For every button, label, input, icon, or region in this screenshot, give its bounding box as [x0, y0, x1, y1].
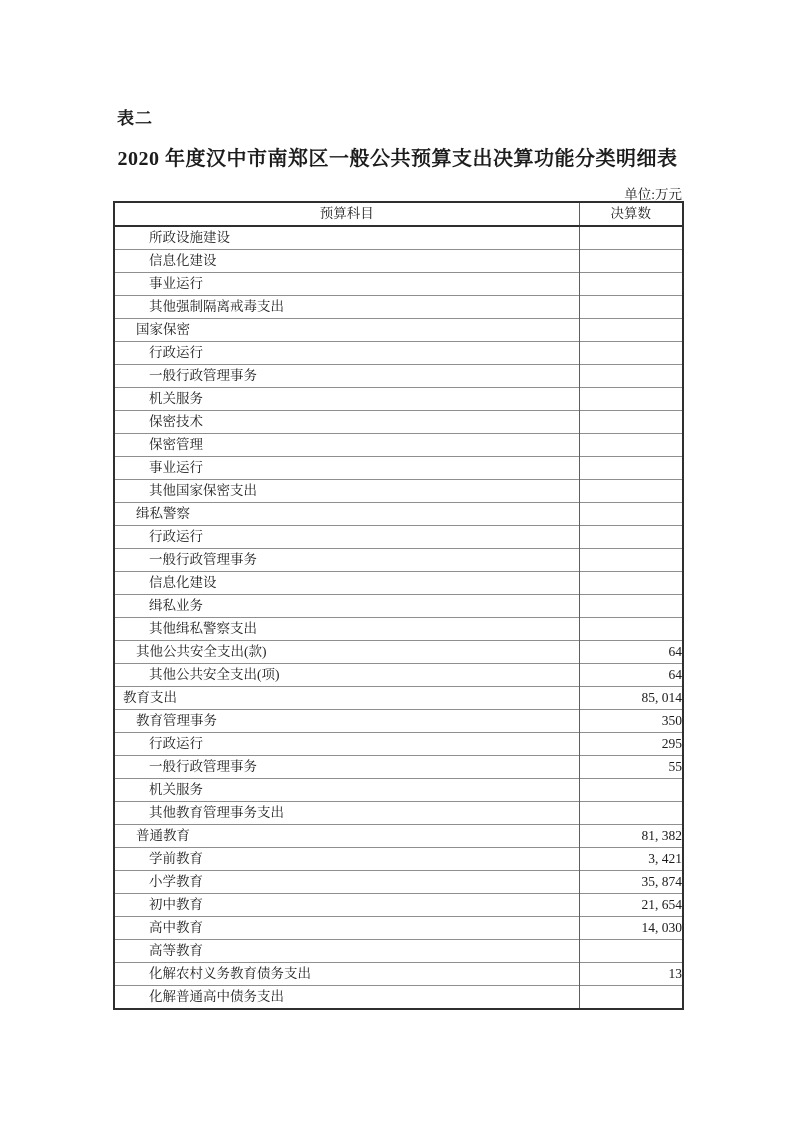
- unit-note: 单位:万元: [113, 183, 682, 203]
- final-amount-cell: [579, 595, 683, 618]
- budget-subject-cell: 其他公共安全支出(款): [114, 641, 579, 664]
- final-amount-cell: [579, 365, 683, 388]
- budget-subject-cell: 机关服务: [114, 779, 579, 802]
- final-amount-cell: 85, 014: [579, 687, 683, 710]
- document-page: 表二 2020 年度汉中市南郑区一般公共预算支出决算功能分类明细表 单位:万元 …: [0, 0, 793, 1122]
- final-amount-cell: [579, 434, 683, 457]
- budget-subject-cell: 缉私警察: [114, 503, 579, 526]
- final-amount-cell: [579, 549, 683, 572]
- budget-subject-cell: 行政运行: [114, 342, 579, 365]
- budget-subject-cell: 信息化建设: [114, 572, 579, 595]
- budget-subject-cell: 小学教育: [114, 871, 579, 894]
- table-row: 其他公共安全支出(款) 64: [114, 641, 683, 664]
- budget-table-container: 预算科目 决算数 所政设施建设 信息化建设 事业运行 其他强制: [113, 201, 684, 1010]
- final-amount-cell: [579, 226, 683, 250]
- table-row: 化解农村义务教育债务支出 13: [114, 963, 683, 986]
- table-row: 行政运行 295: [114, 733, 683, 756]
- final-amount-cell: [579, 779, 683, 802]
- header-row: 预算科目 决算数: [114, 202, 683, 226]
- table-row: 其他教育管理事务支出: [114, 802, 683, 825]
- table-row: 缉私业务: [114, 595, 683, 618]
- budget-subject-cell: 其他缉私警察支出: [114, 618, 579, 641]
- final-amount-cell: 14, 030: [579, 917, 683, 940]
- budget-table: 预算科目 决算数 所政设施建设 信息化建设 事业运行 其他强制: [113, 201, 684, 1010]
- budget-subject-cell: 化解农村义务教育债务支出: [114, 963, 579, 986]
- table-row: 一般行政管理事务 55: [114, 756, 683, 779]
- page-title: 2020 年度汉中市南郑区一般公共预算支出决算功能分类明细表: [113, 142, 682, 171]
- budget-subject-cell: 其他公共安全支出(项): [114, 664, 579, 687]
- budget-subject-cell: 其他国家保密支出: [114, 480, 579, 503]
- column-header-final-amount: 决算数: [579, 202, 683, 226]
- final-amount-cell: 64: [579, 664, 683, 687]
- final-amount-cell: [579, 273, 683, 296]
- final-amount-cell: [579, 526, 683, 549]
- budget-subject-cell: 其他强制隔离戒毒支出: [114, 296, 579, 319]
- budget-subject-cell: 普通教育: [114, 825, 579, 848]
- table-row: 国家保密: [114, 319, 683, 342]
- table-row: 其他强制隔离戒毒支出: [114, 296, 683, 319]
- budget-subject-cell: 所政设施建设: [114, 226, 579, 250]
- budget-subject-cell: 化解普通高中债务支出: [114, 986, 579, 1010]
- budget-subject-cell: 信息化建设: [114, 250, 579, 273]
- final-amount-cell: [579, 940, 683, 963]
- table-row: 其他缉私警察支出: [114, 618, 683, 641]
- final-amount-cell: [579, 618, 683, 641]
- budget-subject-cell: 保密管理: [114, 434, 579, 457]
- budget-subject-cell: 行政运行: [114, 733, 579, 756]
- table-row: 行政运行: [114, 526, 683, 549]
- budget-subject-cell: 一般行政管理事务: [114, 549, 579, 572]
- table-row: 化解普通高中债务支出: [114, 986, 683, 1010]
- table-row: 事业运行: [114, 457, 683, 480]
- table-row: 高中教育 14, 030: [114, 917, 683, 940]
- final-amount-cell: [579, 250, 683, 273]
- budget-subject-cell: 教育支出: [114, 687, 579, 710]
- budget-subject-cell: 国家保密: [114, 319, 579, 342]
- table-row: 保密管理: [114, 434, 683, 457]
- table-row: 高等教育: [114, 940, 683, 963]
- table-row: 缉私警察: [114, 503, 683, 526]
- budget-subject-cell: 一般行政管理事务: [114, 756, 579, 779]
- table-row: 教育管理事务 350: [114, 710, 683, 733]
- final-amount-cell: 3, 421: [579, 848, 683, 871]
- table-row: 一般行政管理事务: [114, 365, 683, 388]
- budget-subject-cell: 其他教育管理事务支出: [114, 802, 579, 825]
- budget-subject-cell: 一般行政管理事务: [114, 365, 579, 388]
- final-amount-cell: 64: [579, 641, 683, 664]
- budget-subject-cell: 保密技术: [114, 411, 579, 434]
- budget-subject-cell: 缉私业务: [114, 595, 579, 618]
- table-row: 所政设施建设: [114, 226, 683, 250]
- final-amount-cell: 55: [579, 756, 683, 779]
- final-amount-cell: [579, 342, 683, 365]
- budget-subject-cell: 教育管理事务: [114, 710, 579, 733]
- table-row: 教育支出 85, 014: [114, 687, 683, 710]
- final-amount-cell: [579, 388, 683, 411]
- table-row: 其他公共安全支出(项) 64: [114, 664, 683, 687]
- table-row: 保密技术: [114, 411, 683, 434]
- table-row: 小学教育 35, 874: [114, 871, 683, 894]
- table-label: 表二: [117, 104, 153, 129]
- final-amount-cell: [579, 411, 683, 434]
- budget-subject-cell: 事业运行: [114, 273, 579, 296]
- final-amount-cell: [579, 457, 683, 480]
- table-row: 机关服务: [114, 779, 683, 802]
- table-row: 学前教育 3, 421: [114, 848, 683, 871]
- table-row: 行政运行: [114, 342, 683, 365]
- table-header: 预算科目 决算数: [114, 202, 683, 226]
- final-amount-cell: [579, 503, 683, 526]
- table-row: 初中教育 21, 654: [114, 894, 683, 917]
- final-amount-cell: 81, 382: [579, 825, 683, 848]
- table-row: 信息化建设: [114, 572, 683, 595]
- column-header-budget-subject: 预算科目: [114, 202, 579, 226]
- final-amount-cell: [579, 296, 683, 319]
- table-row: 信息化建设: [114, 250, 683, 273]
- final-amount-cell: 13: [579, 963, 683, 986]
- budget-subject-cell: 学前教育: [114, 848, 579, 871]
- final-amount-cell: 295: [579, 733, 683, 756]
- table-row: 普通教育 81, 382: [114, 825, 683, 848]
- budget-subject-cell: 初中教育: [114, 894, 579, 917]
- final-amount-cell: [579, 986, 683, 1010]
- final-amount-cell: [579, 319, 683, 342]
- budget-subject-cell: 高中教育: [114, 917, 579, 940]
- final-amount-cell: 21, 654: [579, 894, 683, 917]
- budget-subject-cell: 行政运行: [114, 526, 579, 549]
- final-amount-cell: [579, 572, 683, 595]
- final-amount-cell: [579, 480, 683, 503]
- budget-subject-cell: 高等教育: [114, 940, 579, 963]
- final-amount-cell: 35, 874: [579, 871, 683, 894]
- table-body: 所政设施建设 信息化建设 事业运行 其他强制隔离戒毒支出 国家保密: [114, 226, 683, 1009]
- final-amount-cell: 350: [579, 710, 683, 733]
- budget-subject-cell: 事业运行: [114, 457, 579, 480]
- table-row: 一般行政管理事务: [114, 549, 683, 572]
- final-amount-cell: [579, 802, 683, 825]
- budget-subject-cell: 机关服务: [114, 388, 579, 411]
- table-row: 其他国家保密支出: [114, 480, 683, 503]
- table-row: 事业运行: [114, 273, 683, 296]
- table-row: 机关服务: [114, 388, 683, 411]
